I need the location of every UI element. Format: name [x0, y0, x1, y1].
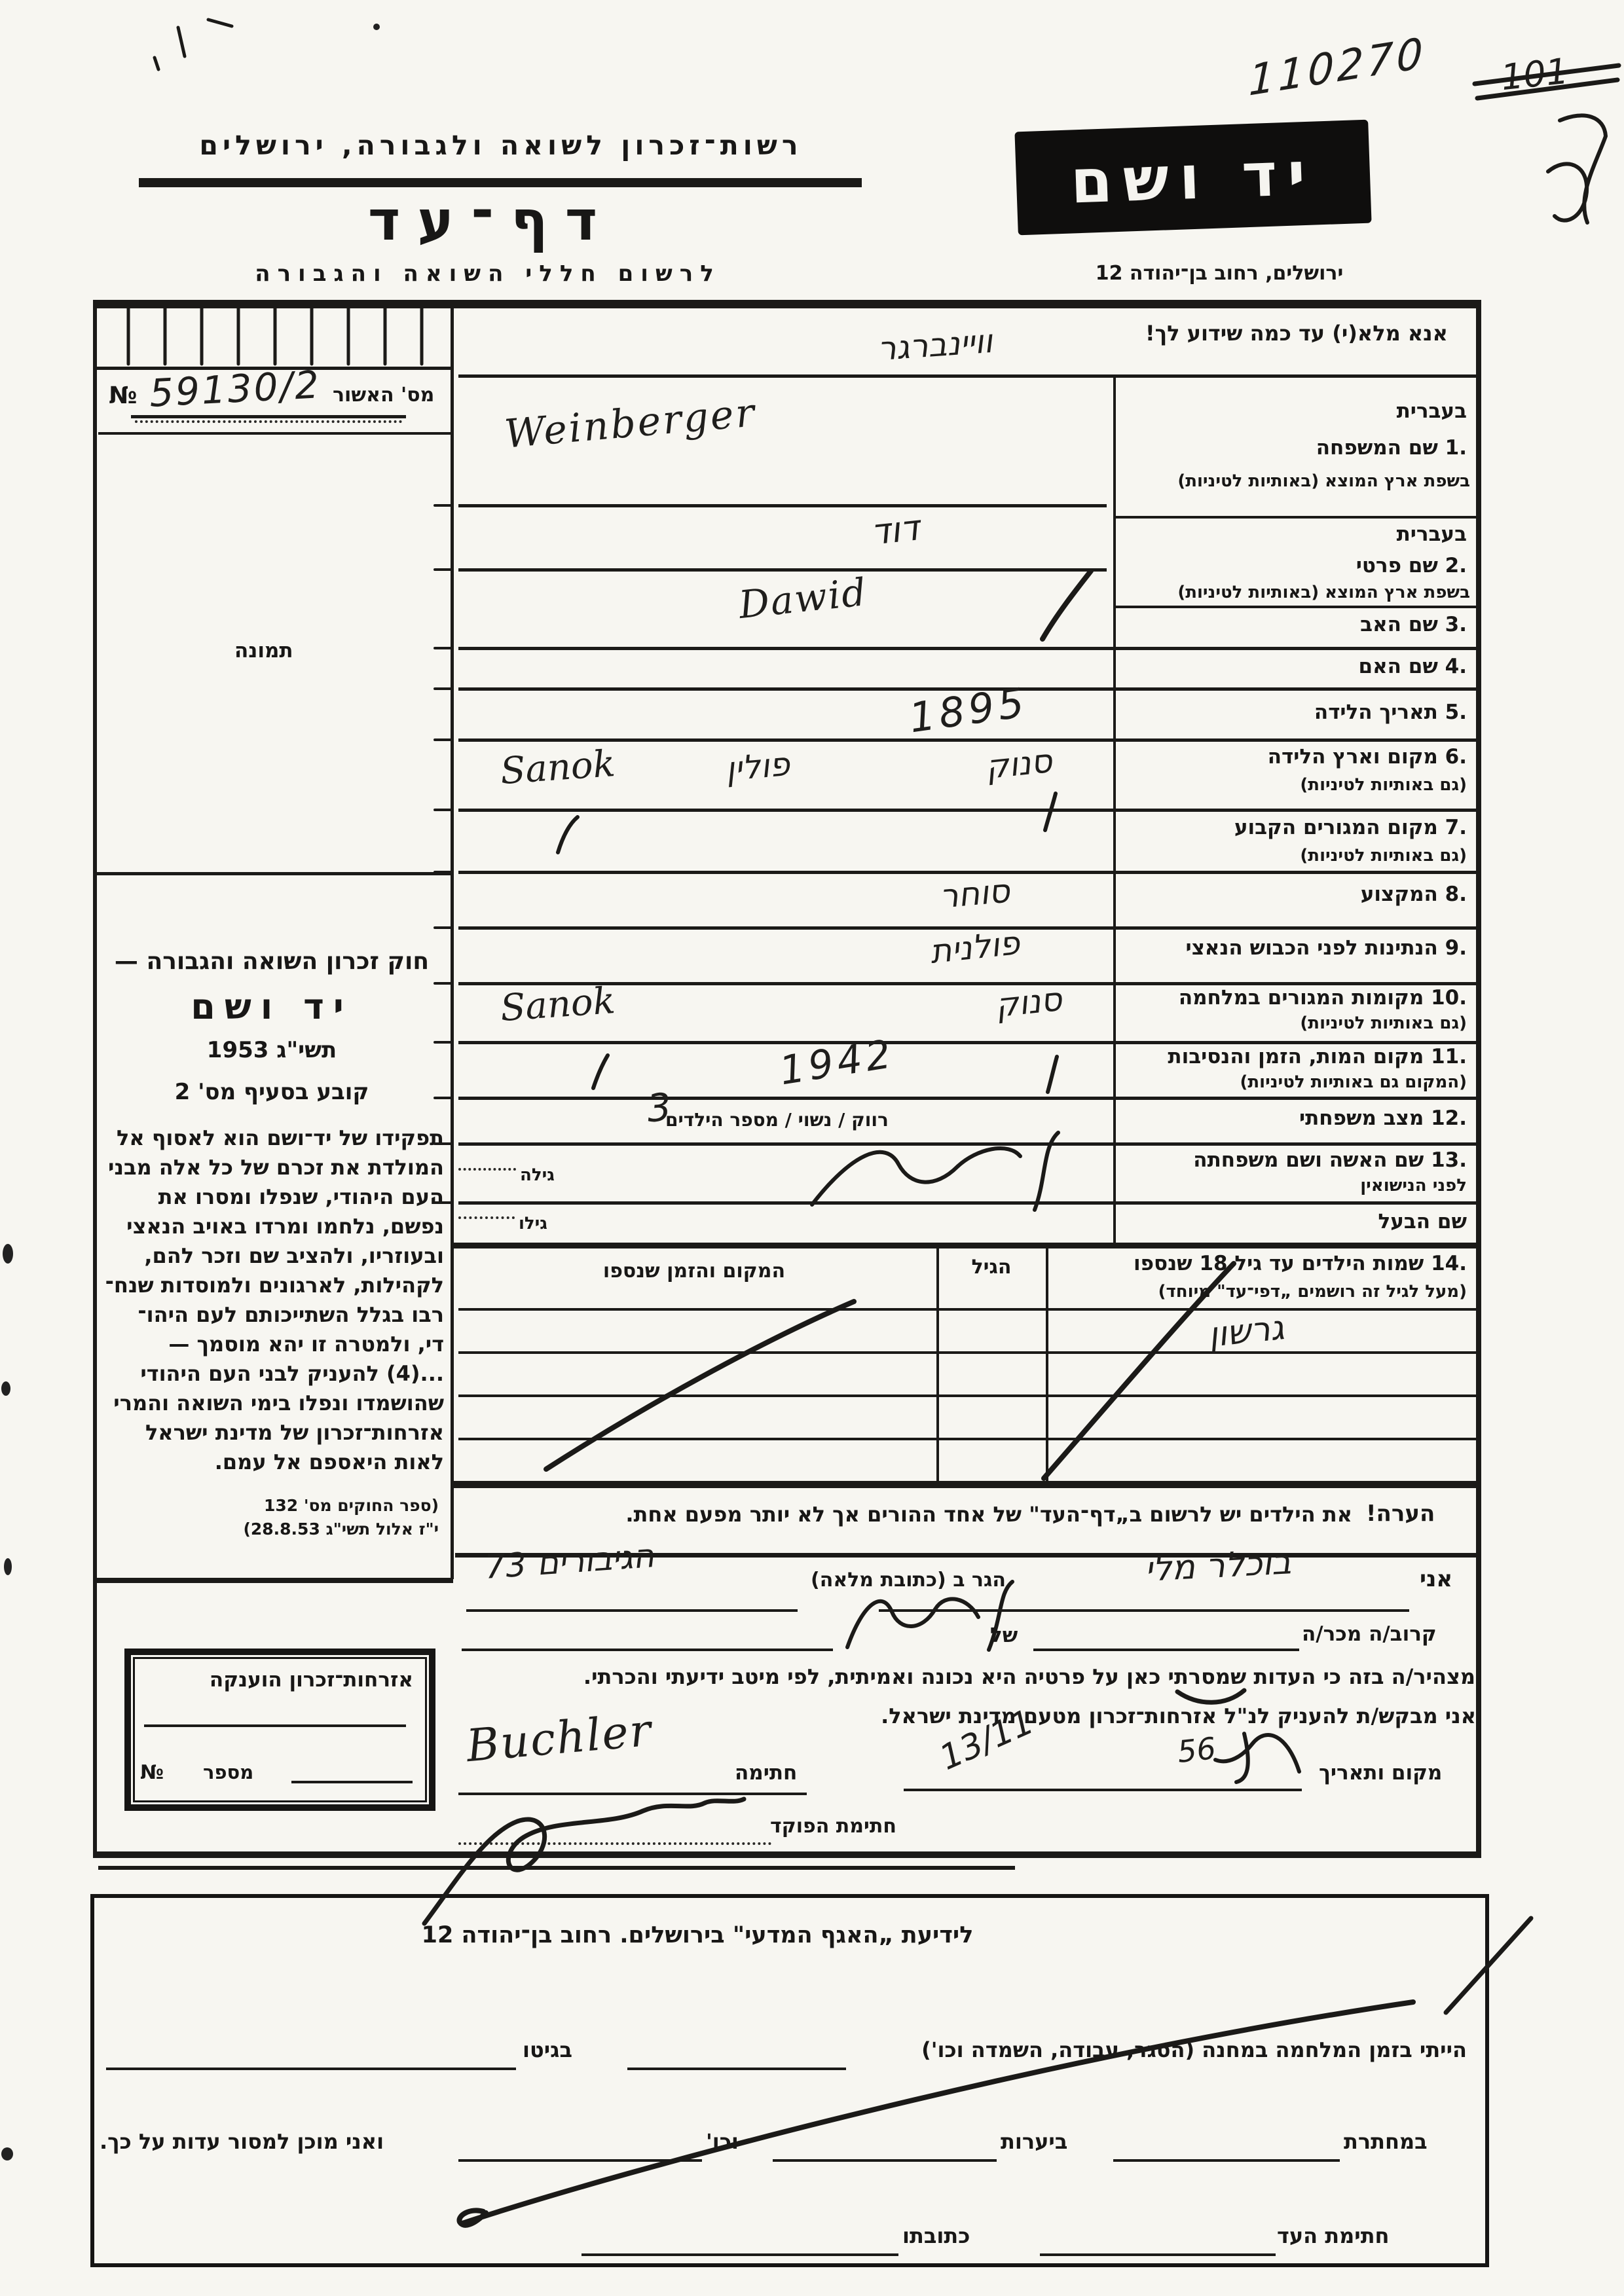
field10-number: 10. — [1431, 986, 1467, 1010]
witness-signature-bottom-label: חתימת העד — [1277, 2223, 1390, 2248]
declarant-address-handwritten: הגיבורים 73 — [483, 1537, 655, 1586]
field7-sublabel: (גם באותיות לטיניות) — [1123, 846, 1467, 866]
field1-label-text: שם המשפחה — [1316, 436, 1438, 460]
declarant-name-handwritten: בוכלר מלי — [1021, 1536, 1415, 1595]
scanned-page-of-testimony: { "header": { "authority": "רשות־זכרון ל… — [0, 0, 1624, 2296]
field8-label-text: המקצוע — [1361, 883, 1438, 906]
rule-row1 — [458, 374, 1477, 378]
citizenship-number-line — [291, 1781, 413, 1783]
relative-label: קרוב/ה מכר/ה — [1302, 1622, 1437, 1646]
small-pen-mark-row11a — [593, 1055, 608, 1088]
rule-row7 — [458, 871, 1477, 874]
child-name-handwritten: גרשון — [1206, 1308, 1286, 1355]
table-col-divider-2 — [1046, 1244, 1048, 1481]
mainbox-bottom-border-echo — [98, 1866, 1015, 1870]
ghetto-label: בגיטו — [523, 2037, 572, 2062]
profession-handwritten: סוחר — [938, 871, 1012, 915]
field9-label-text: הנתינות לפני הכבוש הנאצי — [1185, 936, 1437, 960]
law-footnote: (ספר החוקים מס' 132 י"ז אלול תשי"ג 28.8.… — [111, 1494, 439, 1541]
left-panel-bottom-border — [93, 1578, 453, 1583]
relative-line-left — [462, 1649, 833, 1651]
field5-number: 5. — [1445, 701, 1467, 724]
first-name-hebrew-handwritten: דוד — [869, 507, 921, 553]
table-header-rule — [458, 1308, 1476, 1311]
underground-blank-line — [1113, 2159, 1340, 2162]
field2-lang-label: בעברית — [1123, 522, 1467, 546]
place-date-label: מקום ותאריך — [1319, 1761, 1442, 1785]
field2-label: 2. שם פרטי — [1123, 554, 1467, 577]
field9-label: 9. הנתינות לפני הכבוש הנאצי — [1123, 936, 1467, 960]
his-age-label: גילו — [519, 1214, 547, 1233]
field7-label-text: מקום המגורים הקבוע — [1234, 816, 1438, 839]
rule-row1b — [458, 504, 1107, 507]
declarant-line-right — [879, 1609, 1409, 1612]
field10-sublabel: (גם באותיות לטיניות) — [1123, 1013, 1467, 1033]
citizenship-box: אזרחות־זכרון הוענקה № מספר — [124, 1649, 435, 1811]
field13-sublabel: לפני הנישואין — [1123, 1176, 1467, 1195]
birth-city-hebrew-handwritten: סנוק — [984, 742, 1054, 786]
field3-label: 3. שם האב — [1123, 613, 1467, 636]
law-year: תשי"ג 1953 — [98, 1037, 445, 1063]
note-text: את הילדים יש לרשום ב„דף־העד" של אחד ההור… — [462, 1502, 1352, 1527]
rule-label-g2 — [1113, 606, 1477, 608]
top-left-pen-marks — [155, 20, 232, 69]
comb-tick-marks — [128, 308, 422, 364]
place-word-squiggle — [1215, 1734, 1299, 1782]
field12-number: 12. — [1431, 1106, 1467, 1130]
field3-number: 3. — [1445, 613, 1467, 636]
field14-label: 14. שמות הילדים עד גיל 18 שנספו — [1061, 1252, 1467, 1275]
field5-label-text: תאריך הלידה — [1314, 701, 1438, 724]
witness-address-blank-line — [581, 2253, 898, 2256]
rule-row11 — [458, 1097, 1477, 1100]
field11-number: 11. — [1431, 1045, 1467, 1068]
citizenship-box-line — [144, 1724, 406, 1727]
field6-sublabel: (גם באותיות לטיניות) — [1123, 775, 1467, 795]
field14-label-text: שמות הילדים עד גיל 18 שנספו — [1134, 1252, 1424, 1275]
field11-sublabel: (המקום גם באותיות לטיניות) — [1123, 1072, 1467, 1092]
mainbox-bottom-border — [93, 1851, 1481, 1858]
field9-number: 9. — [1445, 936, 1467, 960]
field2-label-text: שם פרטי — [1356, 554, 1438, 577]
his-age-leader — [458, 1216, 515, 1219]
officer-signature-label: חתימת הפוקד — [770, 1815, 896, 1838]
field4-label: 4. שם האם — [1123, 655, 1467, 678]
field2-sublabel: בשפת ארץ המוצא (באותיות לטיניות) — [1116, 583, 1470, 602]
field6-number: 6. — [1445, 745, 1467, 769]
table-col-divider-1 — [936, 1244, 939, 1481]
father-name-slash-stroke — [1043, 571, 1091, 639]
rule-label-g1 — [1113, 516, 1477, 519]
header-rule — [139, 178, 862, 187]
certificate-number-underline — [131, 415, 406, 418]
table-diagonal-stroke-left — [546, 1302, 854, 1469]
scan-speck — [373, 24, 380, 30]
rule-row13 — [458, 1201, 1477, 1205]
field4-number: 4. — [1445, 655, 1467, 678]
resides-at-label: הגר ב (כתובת מלאה) — [811, 1569, 1006, 1592]
field1-sublabel: בשפת ארץ המוצא (באותיות לטיניות) — [1116, 471, 1470, 491]
left-panel-separator — [93, 872, 452, 875]
certificate-number-label: מס' האשור — [333, 384, 434, 407]
field6-label-text: מקום וארץ הלידה — [1268, 745, 1438, 769]
place-date-line — [904, 1789, 1302, 1791]
reviewer-initials-squiggle — [1548, 115, 1606, 223]
her-age-leader — [458, 1168, 516, 1171]
table-place-time-header: המקום והזמן שנספו — [498, 1260, 891, 1283]
relationship-scrawl — [847, 1582, 1012, 1650]
field13-label-text: שם האשה ושם משפחתה — [1193, 1148, 1424, 1172]
field8-label: 8. המקצוע — [1123, 883, 1467, 906]
yad-vashem-stamp: יד ושם — [1014, 120, 1371, 236]
small-pen-mark-row7b — [1045, 793, 1056, 830]
authority-name: רשות־זכרון לשואה ולגבורה, ירושלים — [141, 130, 861, 161]
field4-label-text: שם האם — [1359, 655, 1438, 678]
forests-blank-line — [773, 2159, 997, 2162]
office-address: ירושלים, רחוב בן־יהודה 12 — [1036, 262, 1403, 285]
birth-country-hebrew-handwritten: פולין — [724, 745, 792, 788]
relationship-curl-mark — [1177, 1690, 1244, 1702]
field5-label: 5. תאריך הלידה — [1123, 701, 1467, 724]
rule-row12 — [458, 1142, 1477, 1146]
scan-speck — [1, 2147, 13, 2160]
of-label: של — [990, 1624, 1018, 1647]
field14-sublabel: (מעל לגיל זה רושמים „דפי־עד" מיוחד) — [1061, 1282, 1467, 1302]
field7-label: 7. מקום המגורים הקבוע — [1123, 816, 1467, 839]
rule-row10 — [458, 1041, 1477, 1044]
ghetto-blank-line — [106, 2068, 516, 2070]
field7-number: 7. — [1445, 816, 1467, 839]
citizenship-handwritten: פולנית — [928, 924, 1022, 971]
war-residence-latin-handwritten: Sanok — [499, 979, 617, 1030]
rule-row2b — [458, 647, 1477, 650]
etc-blank-line — [458, 2159, 702, 2162]
field11-label: 11. מקום המות, הזמן והנסיבות — [1123, 1045, 1467, 1068]
witness-address-label: כתובתו — [902, 2223, 970, 2248]
her-age-label: גילה — [520, 1165, 555, 1185]
table-row-rule-3 — [458, 1438, 1476, 1440]
marital-status-options: רווק / נשוי / מספר הילדים — [665, 1109, 889, 1131]
signature-line — [458, 1793, 807, 1795]
field10-label-text: מקומות המגורים במלחמה — [1179, 986, 1424, 1010]
mainbox-left-border — [93, 300, 97, 1858]
field1-lang-label: בעברית — [1123, 399, 1467, 423]
field12-label-text: מצב משפחתי — [1299, 1106, 1424, 1130]
citizenship-request: אני מבקש/ת להעניק לנ"ל אזרחות־זכרון מטעם… — [744, 1704, 1476, 1728]
scientific-branch-title: לידיעת „האגף המדעי" בירושלים. רחוב בן־יה… — [363, 1922, 1031, 1948]
registration-number-handwritten: 110270 — [1248, 29, 1426, 106]
citizenship-number-sign: № — [140, 1761, 164, 1784]
rule-row5 — [458, 738, 1477, 742]
photo-placeholder-label: תמונה — [234, 639, 293, 663]
law-section: קובע בסעיף מס' 2 — [98, 1079, 445, 1105]
photo-column-divider — [451, 300, 454, 1579]
declarant-line-left — [466, 1609, 798, 1612]
field2-number: 2. — [1445, 554, 1467, 577]
form-subtitle: לרשום חללי השואה והגבורה — [239, 261, 737, 287]
fill-in-instruction: אנא מלא(י) עד כמה שידוע לך! — [1121, 321, 1472, 346]
note-label: הערה! — [1366, 1501, 1435, 1527]
relative-line-right — [1033, 1649, 1299, 1651]
field1-number: 1. — [1445, 436, 1467, 460]
mainbox-top-border — [93, 300, 1481, 308]
witness-signature-blank-line — [1040, 2253, 1276, 2256]
field8-number: 8. — [1445, 883, 1467, 906]
law-title: חוק זכרון השואה והגבורה — — [98, 948, 445, 975]
field14-number: 14. — [1431, 1252, 1467, 1275]
place-number-handwritten: 56 — [1175, 1730, 1217, 1770]
husband-name-label: שם הבעל — [1123, 1210, 1467, 1233]
war-residence-hebrew-handwritten: סנוק — [993, 980, 1063, 1025]
citizenship-box-title: אזרחות־זכרון הוענקה — [210, 1668, 413, 1692]
table-bottom-heavy-rule — [452, 1481, 1477, 1488]
first-name-latin-handwritten: Dawid — [737, 570, 869, 627]
stamp-text: יד ושם — [1069, 138, 1317, 217]
scientific-branch-box — [90, 1894, 1489, 2267]
camp-line-label: הייתי בזמן המלחמה במחנה (הסגר, עבודה, הש… — [851, 2037, 1467, 2062]
birth-place-latin-handwritten: Sanok — [499, 742, 617, 793]
camp-blank-line — [627, 2068, 846, 2070]
children-count-handwritten: 3 — [645, 1085, 673, 1131]
signature-label: חתימה — [735, 1761, 797, 1785]
certificate-row-underline — [98, 432, 451, 435]
field11-label-text: מקום המות, הזמן והנסיבות — [1168, 1045, 1424, 1068]
field13-label: 13. שם האשה ושם משפחתה — [1123, 1148, 1467, 1172]
crossed-out-number-handwritten: 101 — [1499, 50, 1570, 98]
family-name-hebrew-handwritten: וויינברגר — [876, 322, 993, 368]
law-text: תפקידו של יד־ושם הוא לאסוף אל המולדת את … — [103, 1123, 444, 1477]
field3-label-text: שם האב — [1360, 613, 1438, 636]
scan-speck — [3, 1244, 13, 1264]
scan-speck — [4, 1558, 12, 1575]
field10-label: 10. מקומות המגורים במלחמה — [1123, 986, 1467, 1010]
field6-label: 6. מקום וארץ הלידה — [1123, 745, 1467, 769]
table-row-rule-2 — [458, 1394, 1476, 1397]
small-pen-mark-row11b — [1048, 1057, 1057, 1092]
small-pen-mark-row7a — [558, 817, 578, 852]
certificate-no-sign: № — [109, 382, 137, 409]
officer-signature-line — [458, 1842, 771, 1845]
declaration-statement: מצהיר/ה בזה כי העדות שמסרתי כאן על פרטיה… — [462, 1664, 1475, 1689]
certificate-number-underline-2 — [135, 420, 402, 423]
rule-husband-heavy — [452, 1243, 1477, 1248]
witness-signature-handwritten: Buchler — [464, 1705, 654, 1772]
field12-label: 12. מצב משפחתי — [1123, 1106, 1467, 1130]
field1-label: 1. שם המשפחה — [1123, 436, 1467, 460]
declarant-i-label: אני — [1420, 1566, 1452, 1592]
table-row-rule-1 — [458, 1351, 1476, 1354]
etc-label: וכו' — [706, 2129, 739, 2154]
form-title: דף־עד — [354, 189, 629, 253]
family-name-latin-handwritten: Weinberger — [503, 390, 758, 457]
ready-to-testify-label: ואני מוכן למסור עדות על כך. — [100, 2129, 384, 2154]
scan-speck — [1, 1381, 10, 1396]
rule-row6 — [458, 809, 1477, 812]
field13-number: 13. — [1431, 1148, 1467, 1172]
law-name-logo-text: יד ושם — [98, 986, 445, 1027]
citizenship-number-label: מספר — [203, 1761, 253, 1783]
underground-label: במחתרת — [1344, 2129, 1428, 2154]
table-age-header: הגיל — [939, 1256, 1044, 1279]
mainbox-right-border — [1476, 300, 1481, 1858]
forests-label: ביערות — [1001, 2129, 1067, 2154]
certificate-number-handwritten: 59130/2 — [148, 362, 322, 416]
rule-row2a — [458, 568, 1107, 572]
